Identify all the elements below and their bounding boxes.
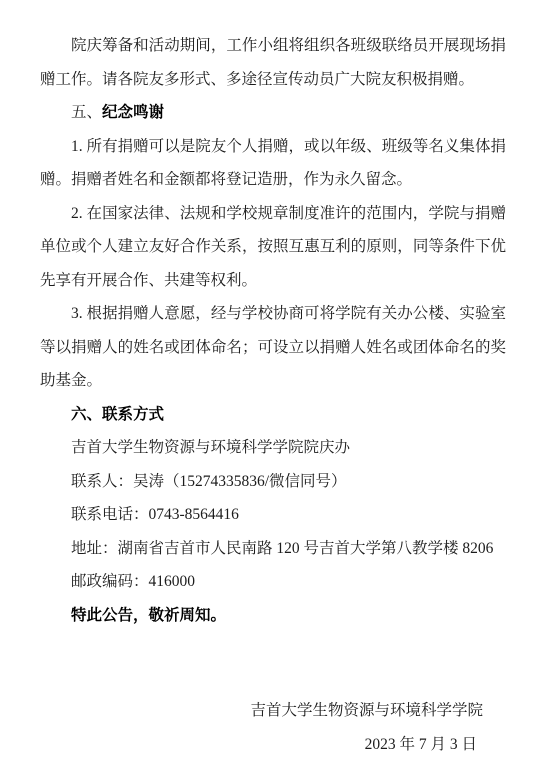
section6-title: 联系方式 [102, 406, 164, 423]
section5-title: 纪念鸣谢 [102, 104, 164, 121]
contact-postcode: 邮政编码：416000 [40, 565, 506, 599]
paragraph-intro: 院庆筹备和活动期间，工作小组将组织各班级联络员开展现场捐赠工作。请各院友多形式、… [40, 29, 506, 96]
contact-address: 地址：湖南省吉首市人民南路 120 号吉首大学第八教学楼 8206 [40, 532, 506, 566]
document-page: 院庆筹备和活动期间，工作小组将组织各班级联络员开展现场捐赠工作。请各院友多形式、… [0, 0, 542, 781]
donation-item-2: 2. 在国家法律、法规和学校规章制度准许的范围内，学院与捐赠单位或个人建立友好合… [40, 197, 506, 298]
closing-statement: 特此公告，敬祈周知。 [40, 599, 506, 633]
section5-number: 五、 [71, 104, 102, 121]
donation-item-3: 3. 根据捐赠人意愿，经与学校协商可将学院有关办公楼、实验室等以捐赠人的姓名或团… [40, 297, 506, 398]
donation-item-1: 1. 所有捐赠可以是院友个人捐赠，或以年级、班级等名义集体捐赠。捐赠者姓名和金额… [40, 130, 506, 197]
signature-block: 吉首大学生物资源与环境科学学院 2023 年 7 月 3 日 [40, 694, 506, 761]
section5-heading: 五、纪念鸣谢 [40, 96, 506, 130]
signature-date: 2023 年 7 月 3 日 [40, 728, 506, 762]
contact-person: 联系人：吴涛（15274335836/微信同号） [40, 465, 506, 499]
contact-org: 吉首大学生物资源与环境科学学院院庆办 [40, 431, 506, 465]
section6-heading: 六、联系方式 [40, 398, 506, 432]
section6-number: 六、 [71, 406, 102, 423]
contact-phone: 联系电话：0743-8564416 [40, 498, 506, 532]
signature-org: 吉首大学生物资源与环境科学学院 [40, 694, 506, 728]
